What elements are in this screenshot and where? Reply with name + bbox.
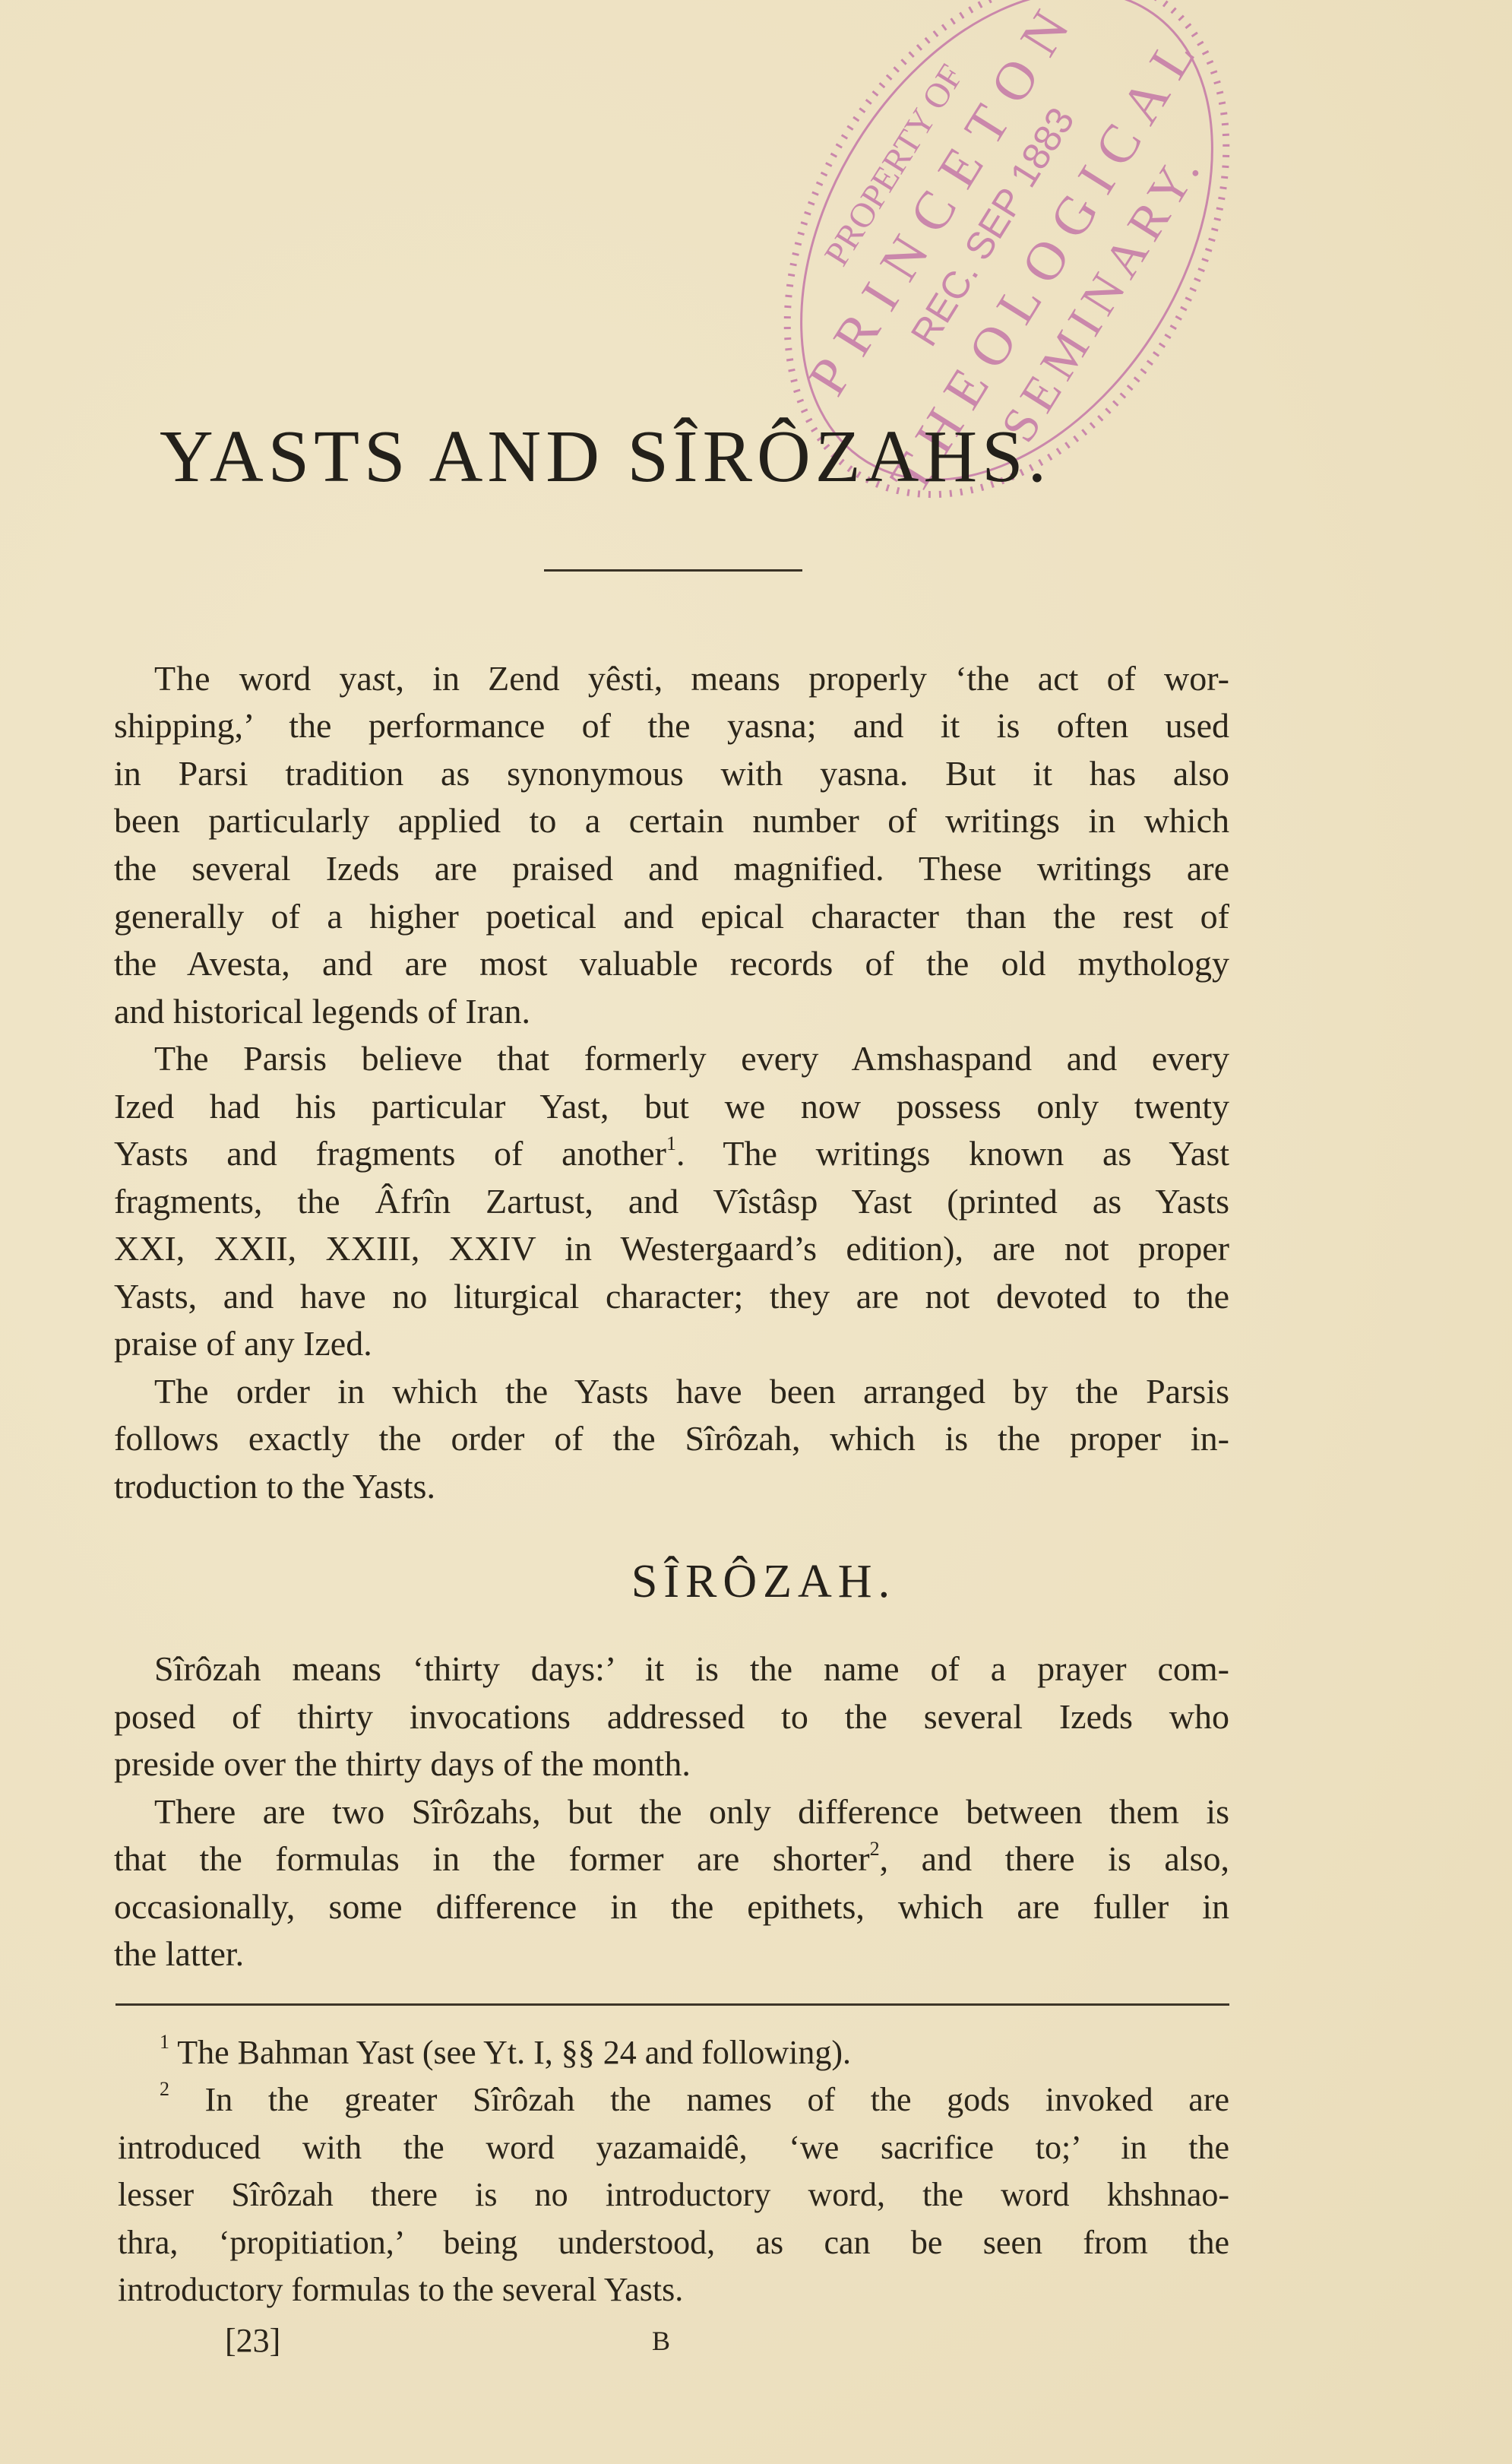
text-line: troduction to the Yasts. — [114, 1463, 1229, 1510]
lead-word: The — [154, 659, 211, 698]
text-line: XXI, XXII, XXIII, XXIV in Westergaard’s … — [114, 1225, 1229, 1272]
footnote-1: 1 The Bahman Yast (see Yt. I, §§ 24 and … — [160, 2029, 1235, 2076]
chapter-title: YASTS AND SÎRÔZAHS. — [160, 420, 1178, 494]
section-heading: SÎRÔZAH. — [0, 1558, 1512, 1605]
text-line: praise of any Ized. — [114, 1320, 1229, 1367]
text-run: ti, means properly ‘the act of wor- — [634, 659, 1229, 698]
footnote-line: lesser Sîrôzah there is no introductory … — [118, 2171, 1229, 2219]
footnote-mark: 2 — [160, 2078, 169, 2100]
page-number: [23] — [225, 2324, 280, 2358]
text-line: The word yast, in Zend yêsti, means prop… — [154, 655, 1229, 702]
text-run: Yasts and fragments of another — [114, 1134, 666, 1173]
text-line: follows exactly the order of the Sîrôzah… — [114, 1415, 1229, 1462]
text-line: Yasts, and have no liturgical character;… — [114, 1273, 1229, 1320]
footnote-ref-1[interactable]: 1 — [666, 1132, 676, 1154]
text-line: and historical legends of Iran. — [114, 988, 1229, 1035]
footnote-line: thra, ‘propitiation,’ being understood, … — [118, 2219, 1229, 2266]
book-page: PROPERTY OF PRINCETON REC. SEP 1883 THEO… — [0, 0, 1512, 2464]
footnote-2: 2 In the greater Sîrôzah the names of th… — [160, 2076, 1229, 2124]
text-line: the latter. — [114, 1930, 1229, 1978]
italic-s: s — [372, 659, 386, 698]
footnote-ref-2[interactable]: 2 — [870, 1838, 880, 1860]
text-line: posed of thirty invocations addressed to… — [114, 1693, 1229, 1740]
footnote-mark: 1 — [160, 2031, 169, 2053]
stamp-seal-icon: PROPERTY OF PRINCETON REC. SEP 1883 THEO… — [675, 0, 1337, 596]
text-line: the several Izeds are praised and magnif… — [114, 845, 1229, 892]
text-line: There are two Sîrôzahs, but the only dif… — [154, 1788, 1229, 1835]
footnote-line: introduced with the word yazamaidê, ‘we … — [118, 2124, 1229, 2171]
text-line: the Avesta, and are most valuable record… — [114, 940, 1229, 987]
text-run: , and there is also, — [880, 1839, 1229, 1878]
text-line: Yasts and fragments of another1. The wri… — [114, 1130, 1229, 1177]
text-run: word ya — [211, 659, 372, 698]
text-run: . The writings known as Yast — [676, 1134, 1229, 1173]
footnote-line: introductory formulas to the several Yas… — [118, 2266, 1229, 2314]
footnote-text: The Bahman Yast (see Yt. I, §§ 24 and fo… — [177, 2034, 851, 2071]
italic-s: s — [621, 659, 634, 698]
text-run: that the formulas in the former are shor… — [114, 1839, 870, 1878]
text-line: been particularly applied to a certain n… — [114, 797, 1229, 844]
text-line: shipping,’ the performance of the yasna;… — [114, 702, 1229, 749]
footnote-text: In the greater Sîrôzah the names of the … — [205, 2081, 1229, 2118]
text-line: The Parsis believe that formerly every A… — [154, 1035, 1229, 1082]
text-line: that the formulas in the former are shor… — [114, 1835, 1229, 1883]
text-line: The order in which the Yasts have been a… — [154, 1368, 1229, 1415]
text-run: t, in Zend yê — [386, 659, 622, 698]
text-line: generally of a higher poetical and epica… — [114, 893, 1229, 940]
text-line: fragments, the Âfrîn Zartust, and Vîstâs… — [114, 1178, 1229, 1225]
footnote-divider — [115, 2003, 1229, 2006]
title-divider — [544, 569, 802, 572]
text-line: in Parsi tradition as synonymous with ya… — [114, 750, 1229, 797]
text-line: occasionally, some difference in the epi… — [114, 1883, 1229, 1930]
text-line: Ized had his particular Yast, but we now… — [114, 1083, 1229, 1130]
text-line: preside over the thirty days of the mont… — [114, 1740, 1229, 1788]
signature-mark: B — [652, 2327, 670, 2355]
text-line: Sîrôzah means ‘thirty days:’ it is the n… — [154, 1645, 1229, 1693]
library-stamp: PROPERTY OF PRINCETON REC. SEP 1883 THEO… — [675, 0, 1337, 596]
